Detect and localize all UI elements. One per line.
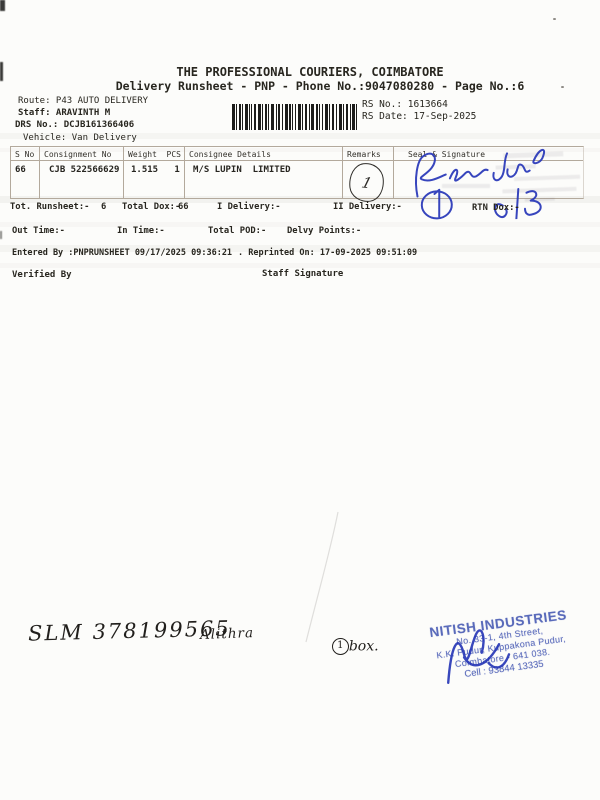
handwritten-count-note: 1box. — [314, 622, 379, 671]
handwritten-box-text: box. — [349, 639, 379, 655]
handwritten-name-note: Alithra — [200, 625, 255, 643]
handwritten-circled-one: 1 — [332, 638, 349, 655]
scanned-runsheet-page: THE PROFESSIONAL COURIERS, COIMBATORE De… — [0, 0, 600, 800]
stamp-initials-ink — [435, 619, 523, 694]
